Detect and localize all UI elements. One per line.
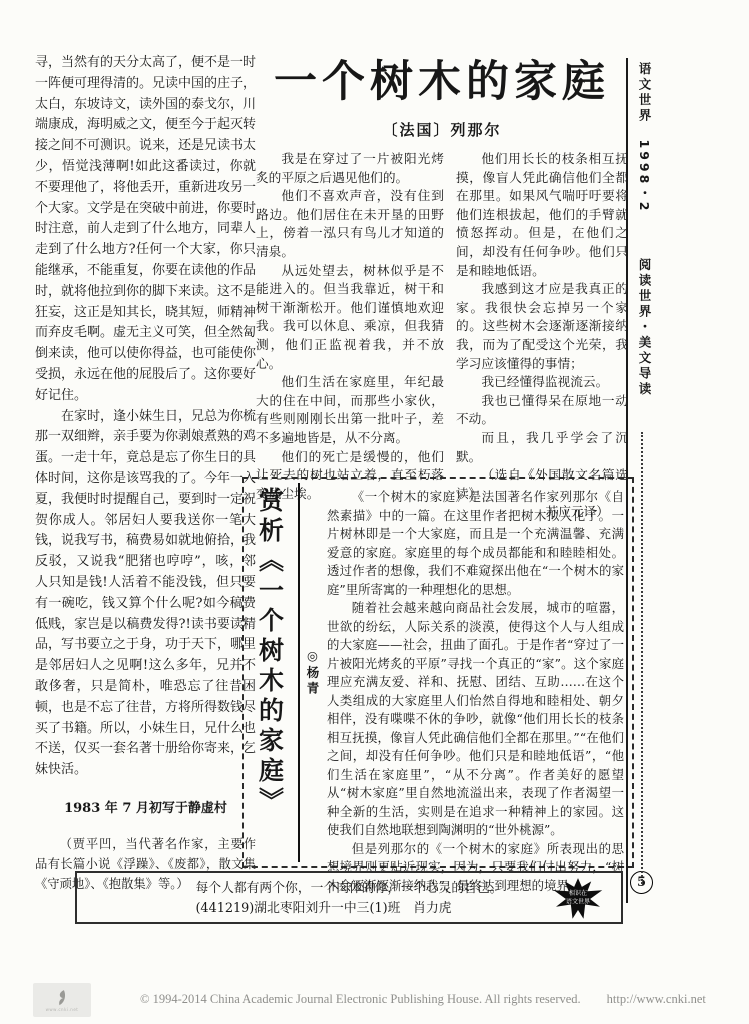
review-byline-strip: ◎杨青: [301, 479, 323, 866]
article-paragraph: 他们用长长的枝条相互抚摸，像盲人凭此确信他们全都在那里。如果风气喘吁吁要将他们连…: [456, 150, 628, 280]
article-column-right: 他们用长长的枝条相互抚摸，像盲人凭此确信他们全都在那里。如果风气喘吁吁要将他们连…: [456, 150, 628, 522]
article-paragraph: 我已经懂得监视流云。: [456, 373, 628, 392]
review-title-strip: 赏析《一个树木的家庭》: [244, 479, 296, 866]
review-paragraph: 随着社会越来越向商品社会发展，城市的喧嚣，世欲的纷纭，人际关系的淡漠，使得这个人…: [327, 599, 624, 840]
article-paragraph: 他们生活在家庭里，年纪最大的住在中间，而那些小家伙，有些则刚刚长出第一批叶子，差…: [256, 373, 444, 447]
maple-leaf-logo-icon: 相识在 语文世界: [549, 877, 607, 921]
review-vertical-title: 赏析《一个树木的家庭》: [258, 487, 283, 866]
cnki-logo-caption: www.cnki.net: [46, 1007, 79, 1012]
review-box: 赏析《一个树木的家庭》 ◎杨青 《一个树木的家庭》是法国著名作家列那尔《自然素描…: [242, 477, 634, 868]
review-byline: ◎杨青: [303, 648, 321, 697]
article-header: 一个树木的家庭 〔法国〕列那尔: [258, 58, 626, 140]
letter-dateline: 1983 年 7 月初写于静虚村: [35, 799, 256, 820]
cnki-logo: www.cnki.net: [33, 983, 91, 1017]
leaf-text-top: 相识在: [569, 889, 587, 897]
article-paragraph: 我感到这才应是我真正的家。我很快会忘掉另一个家的。这些树木会逐渐逐渐接纳我，而为…: [456, 280, 628, 373]
review-text: 《一个树木的家庭》是法国著名作家列那尔《自然素描》中的一篇。在这里作者把树木拟人…: [323, 479, 632, 866]
article-paragraph: 从远处望去，树林似乎是不能进入的。但当我靠近，树干和树干渐渐松开。他们谨慎地欢迎…: [256, 262, 444, 374]
article-paragraph: 他们不喜欢声音，没有住到路边。他们居住在未开垦的田野上，傍着一泓只有鸟儿才知道的…: [256, 187, 444, 261]
article-paragraph: 我也已懂得呆在原地一动不动。: [456, 392, 628, 429]
article-author: 〔法国〕列那尔: [258, 119, 626, 140]
article-column-left: 我是在穿过了一片被阳光烤炙的平原之后遇见他们的。 他们不喜欢声音，没有住到路边。…: [256, 150, 444, 522]
letter-paragraph: 在家时，逢小妹生日，兄总为你梳那一双细辫，亲手要为你剥娘煮熟的鸡蛋。一走十年，竟…: [35, 407, 256, 781]
sidebar-rule: [626, 58, 628, 903]
reader-quote: 每个人都有两个你，一个肉体的你，一个心灵的自己。 (441219)湖北枣阳刘升一…: [195, 879, 502, 919]
review-paragraph: 《一个树木的家庭》是法国著名作家列那尔《自然素描》中的一篇。在这里作者把树木拟人…: [327, 488, 624, 599]
review-divider-rule: [298, 483, 300, 862]
copyright-text: © 1994-2014 China Academic Journal Elect…: [140, 992, 581, 1006]
cnki-url-link[interactable]: http://www.cnki.net: [607, 992, 706, 1006]
article-title: 一个树木的家庭: [258, 58, 626, 107]
article-paragraph: 我是在穿过了一片被阳光烤炙的平原之后遇见他们的。: [256, 150, 444, 187]
quote-attribution: (441219)湖北枣阳刘升一中三(1)班 肖力虎: [195, 899, 502, 919]
article-paragraph: 而且，我几乎学会了沉默。: [456, 429, 628, 466]
journal-masthead-vertical: 语文世界 1998・2: [635, 62, 653, 214]
journal-page: 寻，当然有的天分太高了，便不是一时一阵便可理得清的。兄读中国的庄子，太白，东坡诗…: [0, 0, 749, 1024]
footer-copyright: © 1994-2014 China Academic Journal Elect…: [140, 992, 706, 1007]
article-body: 我是在穿过了一片被阳光烤炙的平原之后遇见他们的。 他们不喜欢声音，没有住到路边。…: [256, 150, 628, 522]
sidebar-dotted-rule: [641, 432, 643, 884]
quote-line: 每个人都有两个你，一个肉体的你，一个心灵的自己。: [195, 879, 502, 899]
cnki-swirl-icon: [54, 989, 70, 1007]
letter-paragraph: 寻，当然有的天分太高了，便不是一时一阵便可理得清的。兄读中国的庄子，太白，东坡诗…: [35, 53, 256, 407]
leaf-text-bottom: 语文世界: [566, 897, 590, 905]
reader-quote-box: 每个人都有两个你，一个肉体的你，一个心灵的自己。 (441219)湖北枣阳刘升一…: [75, 871, 623, 924]
section-label-vertical: 阅读世界・美文导读: [635, 258, 653, 398]
letter-column: 寻，当然有的天分太高了，便不是一时一阵便可理得清的。兄读中国的庄子，太白，东坡诗…: [35, 53, 256, 894]
